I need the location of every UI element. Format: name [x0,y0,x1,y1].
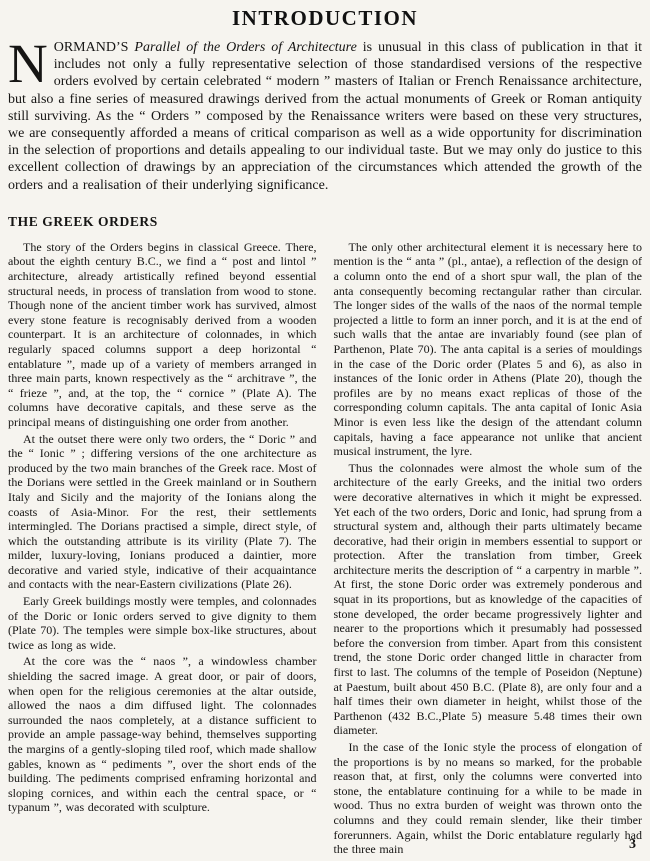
paragraph: Thus the colonnades were almost the whol… [334,461,643,738]
paragraph: In the case of the Ionic style the proce… [334,740,643,857]
intro-work-title: Parallel of the Orders of Architecture [134,40,356,55]
book-page: INTRODUCTION NORMAND’S Parallel of the O… [0,0,650,861]
intro-body: is unusual in this class of publication … [8,40,642,193]
two-column-text: The story of the Orders begins in classi… [8,240,642,857]
right-column: The only other architectural element it … [334,240,643,857]
paragraph: The story of the Orders begins in classi… [8,240,317,430]
intro-lead: ORMAND’S [54,40,129,55]
paragraph: The only other architectural element it … [334,240,643,459]
section-heading: THE GREEK ORDERS [8,214,642,230]
paragraph: At the core was the “ naos ”, a windowle… [8,654,317,815]
page-number: 3 [629,837,636,853]
paragraph: Early Greek buildings mostly were temple… [8,594,317,652]
paragraph: At the outset there were only two orders… [8,432,317,593]
left-column: The story of the Orders begins in classi… [8,240,317,857]
page-title: INTRODUCTION [8,6,642,31]
drop-cap: N [8,39,54,86]
intro-paragraph: NORMAND’S Parallel of the Orders of Arch… [8,39,642,194]
